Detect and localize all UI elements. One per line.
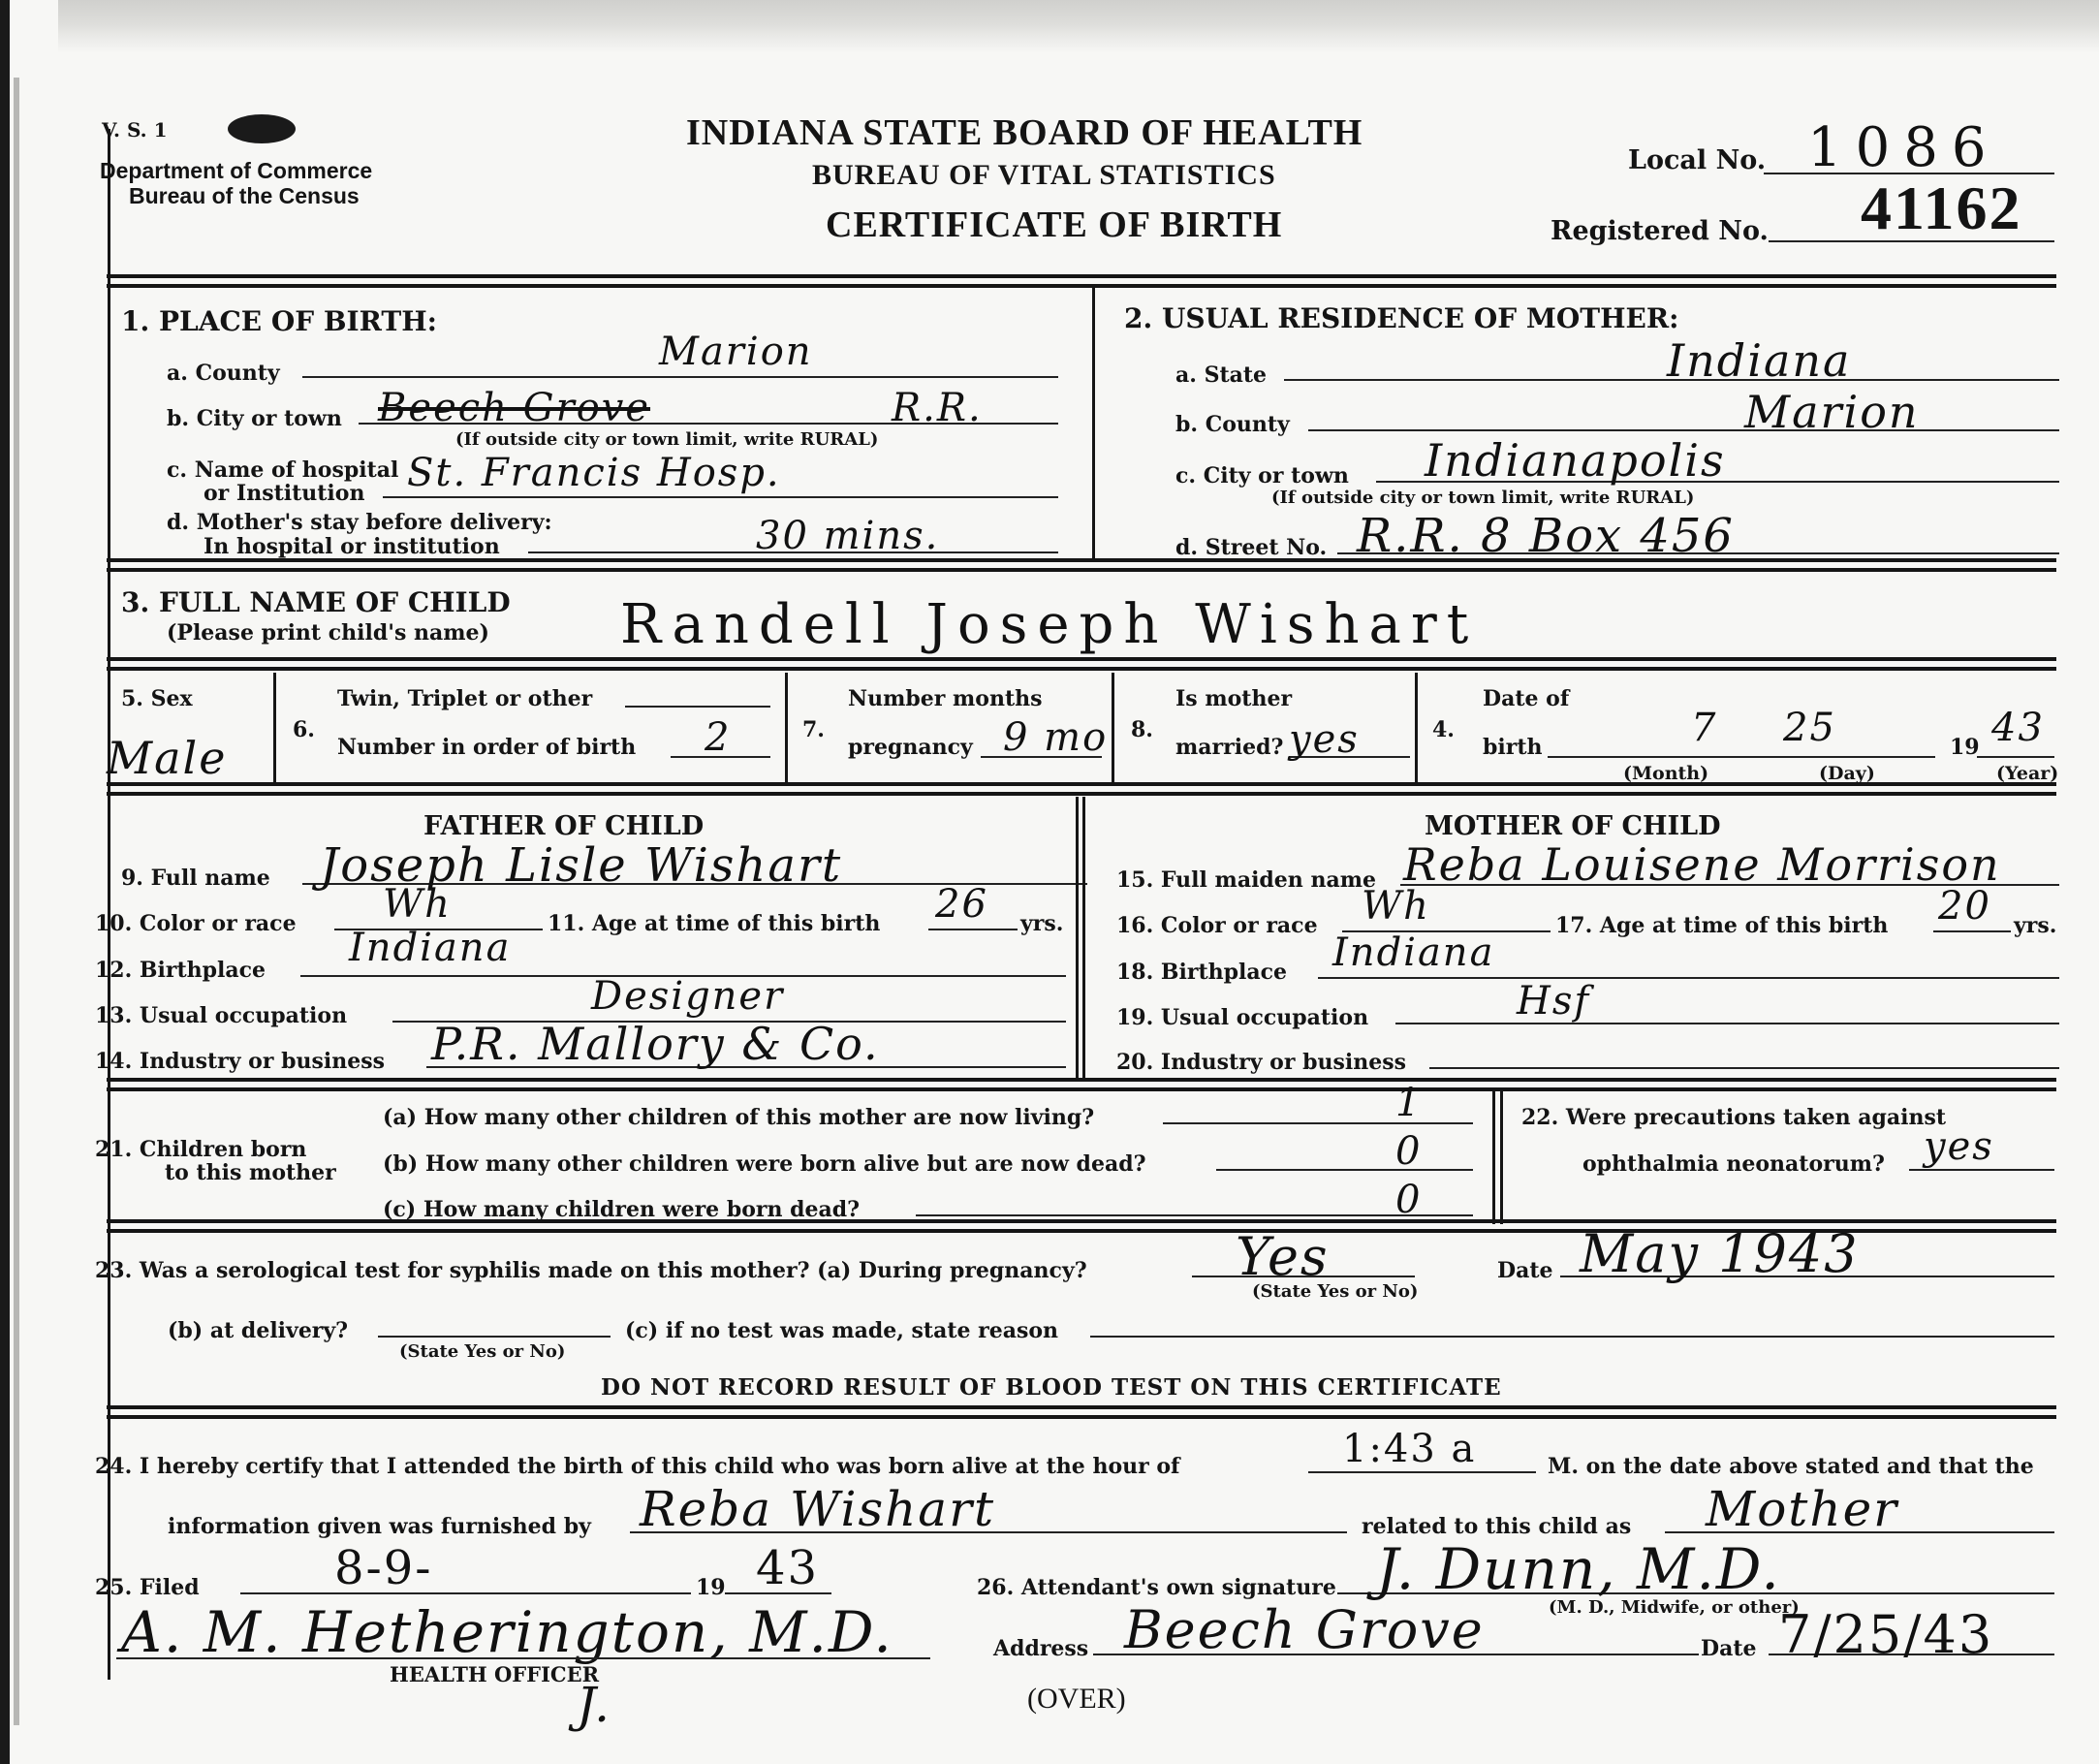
stay-label-2: In hospital or institution xyxy=(204,534,500,559)
street-field: R.R. 8 Box 456 xyxy=(1357,509,1735,563)
dob-label-1: Date of xyxy=(1483,686,1569,711)
day-caption: (Day) xyxy=(1819,763,1875,784)
order-label: Number in order of birth xyxy=(337,735,636,760)
mother-occupation-label: 19. Usual occupation xyxy=(1116,1005,1368,1030)
local-no-value: 1086 xyxy=(1807,116,2000,179)
res-county-field: Marion xyxy=(1744,386,1920,438)
hospital-label-1: c. Name of hospital xyxy=(167,457,398,483)
father-occupation-label: 13. Usual occupation xyxy=(95,1003,347,1028)
dob-century: 19 xyxy=(1950,735,1980,760)
hospital-field-line xyxy=(383,496,1058,498)
father-industry-field: P.R. Mallory & Co. xyxy=(431,1018,880,1070)
ophthalmia-label-2: ophthalmia neonatorum? xyxy=(1582,1151,1885,1177)
blood-test-warning: DO NOT RECORD RESULT OF BLOOD TEST ON TH… xyxy=(601,1374,1502,1401)
serology-question: 23. Was a serological test for syphilis … xyxy=(95,1258,1087,1283)
page-title: INDIANA STATE BOARD OF HEALTH xyxy=(686,111,1363,154)
ophthalmia-label-1: 22. Were precautions taken against xyxy=(1521,1105,1946,1130)
res-city-field: Indianapolis xyxy=(1425,434,1726,487)
health-officer-signature: A. M. Hetherington, M.D. xyxy=(121,1599,893,1665)
question-a: (a) How many other children of this moth… xyxy=(383,1105,1094,1130)
place-of-birth-heading: 1. PLACE OF BIRTH: xyxy=(121,305,437,337)
cell-divider xyxy=(1112,673,1114,785)
answer-c-field: 0 xyxy=(1395,1178,1422,1222)
mother-occupation-field: Hsf xyxy=(1517,979,1590,1024)
attendant-signature: J. Dunn, M.D. xyxy=(1376,1536,1781,1602)
father-age-field: 26 xyxy=(935,882,988,927)
filed-label: 25. Filed xyxy=(95,1575,200,1600)
health-officer-initial: J. xyxy=(577,1677,611,1733)
month-caption: (Month) xyxy=(1623,763,1708,784)
state-yes-no-caption: (State Yes or No) xyxy=(1252,1281,1418,1302)
registered-no-value: 41162 xyxy=(1861,173,2021,244)
certification-text-2: information given was furnished by xyxy=(168,1514,591,1539)
attendant-label: 26. Attendant's own signature xyxy=(977,1575,1336,1600)
question-b: (b) How many other children were born al… xyxy=(383,1151,1145,1177)
over-note: (OVER) xyxy=(1027,1683,1126,1716)
county-field: Marion xyxy=(659,330,813,374)
res-city-label: c. City or town xyxy=(1175,463,1349,488)
state-field: Indiana xyxy=(1667,334,1851,387)
months-label-1: Number months xyxy=(848,686,1043,711)
mother-name-field: Reba Louisene Morrison xyxy=(1403,838,2001,891)
order-field: 2 xyxy=(705,715,731,760)
document-title: CERTIFICATE OF BIRTH xyxy=(826,204,1282,246)
father-age-label: 11. Age at time of this birth xyxy=(548,911,880,936)
answer-a-line xyxy=(1163,1122,1473,1124)
reason-label: (c) if no test was made, state reason xyxy=(625,1318,1058,1343)
scan-edge-left xyxy=(0,0,10,1764)
delivery-caption: (State Yes or No) xyxy=(399,1341,565,1362)
mother-race-field: Wh xyxy=(1362,884,1430,929)
mother-industry-line xyxy=(1429,1067,2059,1069)
dob-label-2: birth xyxy=(1483,735,1543,760)
mother-birthplace-field: Indiana xyxy=(1332,930,1494,975)
attendant-caption: (M. D., Midwife, or other) xyxy=(1549,1597,1800,1618)
left-border xyxy=(108,129,110,1680)
year-caption: (Year) xyxy=(1996,763,2058,784)
item-4-number: 4. xyxy=(1432,717,1455,742)
filed-field-line xyxy=(240,1592,691,1594)
father-race-label: 10. Color or race xyxy=(95,911,297,936)
sex-field: Male xyxy=(107,732,227,784)
mother-occupation-line xyxy=(1395,1023,2059,1024)
city-label: b. City or town xyxy=(167,406,342,431)
certification-text-1: 24. I hereby certify that I attended the… xyxy=(95,1454,1180,1479)
married-label-1: Is mother xyxy=(1175,686,1292,711)
mother-age-field: 20 xyxy=(1938,884,1991,929)
section-divider xyxy=(1076,797,1079,1078)
mother-age-unit: yrs. xyxy=(2014,913,2056,938)
child-name-heading: 3. FULL NAME OF CHILD xyxy=(121,586,511,618)
dob-day-field: 25 xyxy=(1783,706,1836,750)
father-industry-label: 14. Industry or business xyxy=(95,1049,385,1074)
child-name-field: Randell Joseph Wishart xyxy=(620,593,1478,656)
father-age-unit: yrs. xyxy=(1020,911,1063,936)
hour-field-line xyxy=(1308,1471,1536,1473)
related-field: Mother xyxy=(1706,1481,1898,1537)
stay-field: 30 mins. xyxy=(756,514,939,558)
twin-field xyxy=(625,706,770,708)
father-name-label: 9. Full name xyxy=(121,866,270,891)
father-age-line xyxy=(928,929,1018,930)
mother-industry-label: 20. Industry or business xyxy=(1116,1050,1406,1075)
hospital-field: St. Francis Hosp. xyxy=(407,451,781,495)
mother-race-label: 16. Color or race xyxy=(1116,913,1318,938)
dob-year-field: 43 xyxy=(1991,706,2045,750)
health-officer-caption: HEALTH OFFICER xyxy=(390,1662,599,1686)
mother-birthplace-label: 18. Birthplace xyxy=(1116,960,1287,985)
state-label: a. State xyxy=(1175,362,1267,388)
res-city-rural-note: (If outside city or town limit, write RU… xyxy=(1271,488,1694,508)
ophthalmia-field-line xyxy=(1909,1169,2054,1171)
filed-century: 19 xyxy=(696,1575,726,1600)
hospital-label-2: or Institution xyxy=(204,481,364,506)
street-label: d. Street No. xyxy=(1175,535,1327,560)
answer-b-line xyxy=(1216,1169,1473,1171)
scan-shadow-top xyxy=(58,0,2099,53)
res-county-field-line xyxy=(1308,429,2059,431)
serology-date-field: May 1943 xyxy=(1580,1223,1860,1284)
serology-pregnancy-field: Yes xyxy=(1236,1226,1330,1287)
section-divider xyxy=(1500,1090,1503,1224)
children-born-label-2: to this mother xyxy=(165,1160,336,1185)
residence-heading: 2. USUAL RESIDENCE OF MOTHER: xyxy=(1124,302,1679,334)
married-field: yes xyxy=(1289,717,1360,762)
father-race-field: Wh xyxy=(383,882,452,927)
dob-month-field: 7 xyxy=(1691,706,1717,750)
registered-no-underline xyxy=(1769,240,2054,242)
cell-divider xyxy=(1415,673,1418,785)
city-rural-note: (If outside city or town limit, write RU… xyxy=(455,429,878,450)
sex-label: 5. Sex xyxy=(121,686,193,711)
father-birthplace-field: Indiana xyxy=(349,926,511,970)
address-field: Beech Grove xyxy=(1124,1599,1485,1660)
union-label-seal-icon xyxy=(228,114,296,143)
delivery-field xyxy=(378,1336,611,1338)
hour-field: 1:43 a xyxy=(1342,1427,1476,1471)
city-struck-value: Beech Grove xyxy=(378,386,650,430)
certification-text-1-end: M. on the date above stated and that the xyxy=(1548,1454,2034,1479)
res-county-label: b. County xyxy=(1175,412,1290,437)
mother-birthplace-line xyxy=(1318,977,2059,979)
twin-label: Twin, Triplet or other xyxy=(337,686,592,711)
mother-age-line xyxy=(1933,930,2011,932)
divider xyxy=(107,558,2056,572)
local-no-label: Local No. xyxy=(1628,145,1766,175)
bureau-subtitle: BUREAU OF VITAL STATISTICS xyxy=(812,159,1276,192)
answer-a-field: 1 xyxy=(1395,1081,1422,1125)
child-name-note: (Please print child's name) xyxy=(167,620,489,646)
divider xyxy=(107,1405,2056,1419)
divider xyxy=(107,274,2056,288)
item-8-number: 8. xyxy=(1131,717,1153,742)
address-label: Address xyxy=(993,1636,1088,1661)
ophthalmia-field: yes xyxy=(1924,1124,1994,1169)
months-label-2: pregnancy xyxy=(848,735,973,760)
dob-field-line xyxy=(1548,756,1935,758)
section-divider xyxy=(1082,797,1085,1078)
answer-b-field: 0 xyxy=(1395,1129,1422,1174)
scan-edge-left-shadow xyxy=(14,78,19,1725)
reason-field xyxy=(1090,1336,2054,1338)
attendant-date-label: Date xyxy=(1701,1636,1757,1661)
answer-c-line xyxy=(916,1214,1473,1216)
health-officer-line xyxy=(116,1657,930,1659)
item-6-number: 6. xyxy=(293,717,315,742)
divider xyxy=(107,657,2056,671)
divider xyxy=(107,782,2056,796)
father-occupation-field: Designer xyxy=(591,974,784,1019)
furnished-by-field: Reba Wishart xyxy=(640,1481,995,1537)
father-heading: FATHER OF CHILD xyxy=(423,811,704,841)
registered-no-label: Registered No. xyxy=(1551,216,1769,246)
cell-divider xyxy=(785,673,788,785)
form-code: V. S. 1 xyxy=(102,118,168,142)
children-born-label-1: 21. Children born xyxy=(95,1137,306,1162)
mother-age-label: 17. Age at time of this birth xyxy=(1555,913,1888,938)
dob-year-line xyxy=(1977,756,2054,758)
county-field-line xyxy=(302,376,1058,378)
dept-line-1: Department of Commerce xyxy=(100,158,372,184)
city-field: R.R. xyxy=(892,386,983,430)
filed-year-field: 43 xyxy=(756,1541,819,1595)
section-divider xyxy=(1092,288,1095,562)
attendant-date-field: 7/25/43 xyxy=(1778,1604,1993,1665)
delivery-label: (b) at delivery? xyxy=(168,1318,348,1343)
cell-divider xyxy=(273,673,276,785)
section-divider xyxy=(1492,1090,1495,1224)
stay-label-1: d. Mother's stay before delivery: xyxy=(167,510,552,535)
married-label-2: married? xyxy=(1175,735,1283,760)
months-field: 9 mo xyxy=(1003,715,1108,760)
father-birthplace-label: 12. Birthplace xyxy=(95,958,266,983)
divider xyxy=(107,1078,2056,1091)
county-label: a. County xyxy=(167,361,280,386)
mother-heading: MOTHER OF CHILD xyxy=(1425,811,1721,841)
mother-name-label: 15. Full maiden name xyxy=(1116,867,1376,893)
serology-date-label: Date xyxy=(1497,1258,1553,1283)
dept-line-2: Bureau of the Census xyxy=(129,183,360,209)
filed-field: 8-9- xyxy=(334,1541,433,1595)
item-7-number: 7. xyxy=(802,717,825,742)
